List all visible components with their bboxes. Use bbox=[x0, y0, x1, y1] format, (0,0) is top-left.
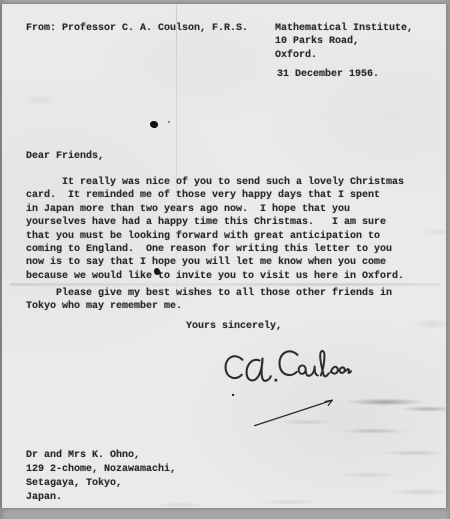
signature-handwriting: C.A. Coulson bbox=[221, 345, 352, 431]
from-line: From: Professor C. A. Coulson, F.R.S. bbox=[26, 22, 248, 35]
ink-blot bbox=[149, 120, 159, 129]
recipient-address: Dr and Mrs K. Ohno, 129 2-chome, Nozawam… bbox=[26, 449, 176, 505]
horizontal-crease bbox=[10, 283, 440, 286]
scanned-letter: From: Professor C. A. Coulson, F.R.S. Ma… bbox=[0, 0, 450, 519]
body-paragraph-1: It really was nice of you to send such a… bbox=[26, 176, 404, 283]
letter-date: 31 December 1956. bbox=[277, 68, 379, 81]
body-paragraph-2: Please give my best wishes to all those … bbox=[26, 287, 392, 314]
ink-speck bbox=[168, 121, 170, 123]
signature-underline-flourish bbox=[254, 400, 332, 425]
salutation: Dear Friends, bbox=[26, 150, 104, 163]
closing: Yours sincerely, bbox=[186, 320, 282, 333]
sender-address: Mathematical Institute, 10 Parks Road, O… bbox=[275, 22, 413, 62]
letter-paper: From: Professor C. A. Coulson, F.R.S. Ma… bbox=[2, 4, 446, 508]
